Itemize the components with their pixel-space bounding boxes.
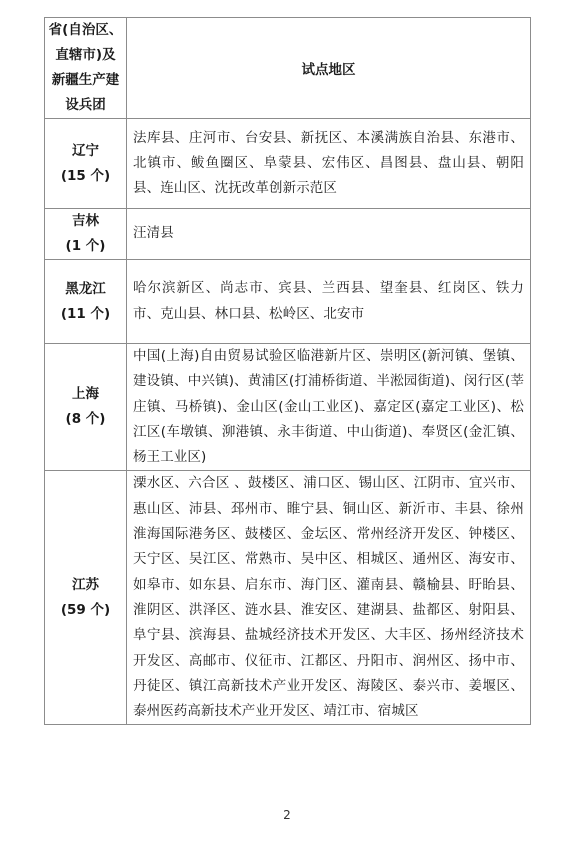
province-name: 黑龙江 <box>45 277 126 302</box>
province-cell: 辽宁 (15 个) <box>45 119 127 209</box>
regions-cell: 中国(上海)自由贸易试验区临港新片区、崇明区(新河镇、堡镇、建设镇、中兴镇)、黄… <box>127 344 531 471</box>
header-province-line: 设兵团 <box>45 93 126 118</box>
table-row: 吉林 (1 个) 汪清县 <box>45 209 531 260</box>
header-province-line: 省(自治区、 <box>45 18 126 43</box>
regions-cell: 溧水区、六合区 、鼓楼区、浦口区、锡山区、江阴市、宜兴市、惠山区、沛县、邳州市、… <box>127 471 531 725</box>
province-cell: 吉林 (1 个) <box>45 209 127 260</box>
header-province-line: 直辖市)及 <box>45 43 126 68</box>
regions-cell: 汪清县 <box>127 209 531 260</box>
province-cell: 黑龙江 (11 个) <box>45 260 127 344</box>
header-province-cell: 省(自治区、 直辖市)及 新疆生产建 设兵团 <box>45 18 127 119</box>
province-cell: 江苏 (59 个) <box>45 471 127 725</box>
regions-cell: 法库县、庄河市、台安县、新抚区、本溪满族自治县、东港市、北镇市、鲅鱼圈区、阜蒙县… <box>127 119 531 209</box>
table-row: 黑龙江 (11 个) 哈尔滨新区、尚志市、宾县、兰西县、望奎县、红岗区、铁力市、… <box>45 260 531 344</box>
province-cell: 上海 (8 个) <box>45 344 127 471</box>
table-header-row: 省(自治区、 直辖市)及 新疆生产建 设兵团 试点地区 <box>45 18 531 119</box>
table-row: 江苏 (59 个) 溧水区、六合区 、鼓楼区、浦口区、锡山区、江阴市、宜兴市、惠… <box>45 471 531 725</box>
page-number: 2 <box>0 808 574 822</box>
province-count: (15 个) <box>45 164 126 189</box>
province-count: (59 个) <box>45 598 126 623</box>
province-count: (1 个) <box>45 234 126 259</box>
province-name: 辽宁 <box>45 139 126 164</box>
pilot-regions-table: 省(自治区、 直辖市)及 新疆生产建 设兵团 试点地区 辽宁 (15 个) 法库… <box>44 17 531 725</box>
regions-cell: 哈尔滨新区、尚志市、宾县、兰西县、望奎县、红岗区、铁力市、克山县、林口县、松岭区… <box>127 260 531 344</box>
province-name: 江苏 <box>45 573 126 598</box>
header-regions-cell: 试点地区 <box>127 18 531 119</box>
header-province-line: 新疆生产建 <box>45 68 126 93</box>
table-row: 辽宁 (15 个) 法库县、庄河市、台安县、新抚区、本溪满族自治县、东港市、北镇… <box>45 119 531 209</box>
province-name: 上海 <box>45 382 126 407</box>
table-row: 上海 (8 个) 中国(上海)自由贸易试验区临港新片区、崇明区(新河镇、堡镇、建… <box>45 344 531 471</box>
province-count: (11 个) <box>45 302 126 327</box>
province-name: 吉林 <box>45 209 126 234</box>
province-count: (8 个) <box>45 407 126 432</box>
